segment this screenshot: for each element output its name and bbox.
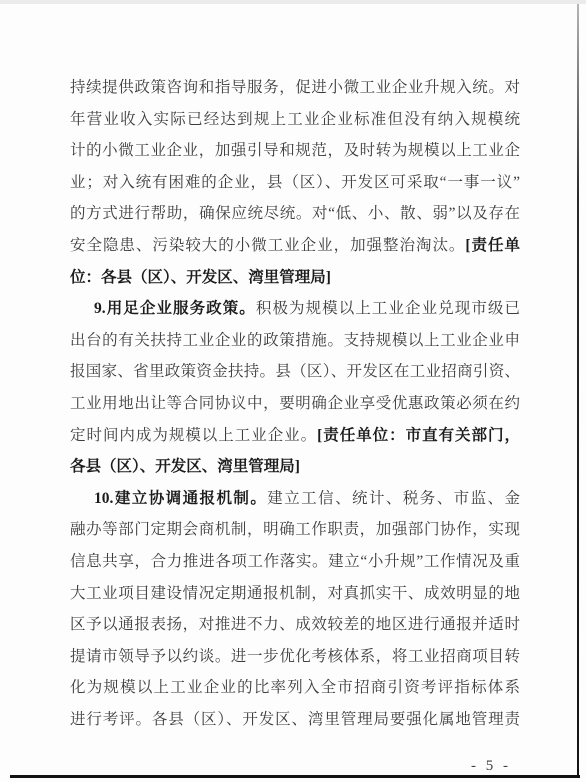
text-segment: 年营业收入实际已经达到规上工业企业标准但没有纳入规模统 bbox=[70, 111, 520, 128]
scan-right-edge-line bbox=[577, 4, 579, 776]
text-line: 计的小微工业企业，加强引导和规范，及时转为规模以上工业企 bbox=[70, 135, 520, 167]
text-line: 的方式进行帮助，确保应统尽统。对“低、小、散、弱”以及存在 bbox=[70, 198, 520, 230]
document-lines: 持续提供政策咨询和指导服务，促进小微工业企业升规入统。对年营业收入实际已经达到规… bbox=[70, 72, 520, 735]
text-line: 各县（区）、开发区、湾里管理局] bbox=[70, 451, 520, 483]
text-segment: 积极为规模以上工业企业兑现市级已 bbox=[256, 300, 520, 317]
text-segment: 化为规模以上工业企业的比率列入全市招商引资考评指标体系 bbox=[70, 679, 520, 696]
text-line: 报国家、省里政策资金扶持。县（区）、开发区在工业招商引资、 bbox=[70, 356, 520, 388]
text-line: 化为规模以上工业企业的比率列入全市招商引资考评指标体系 bbox=[70, 672, 520, 704]
bold-text-segment: 各县（区）、开发区、湾里管理局] bbox=[70, 458, 300, 475]
text-line: 融办等部门定期会商机制，明确工作职责，加强部门协作，实现 bbox=[70, 514, 520, 546]
text-segment: 区予以通报表扬，对推进不力、成效较差的地区进行通报并适时 bbox=[70, 616, 520, 633]
text-line: 安全隐患、污染较大的小微工业企业，加强整治淘汰。[责任单 bbox=[70, 230, 520, 262]
text-line: 工业用地出让等合同协议中，要明确企业享受优惠政策必须在约 bbox=[70, 388, 520, 420]
text-segment: 持续提供政策咨询和指导服务，促进小微工业企业升规入统。对 bbox=[70, 79, 520, 96]
text-line: 信息共享，合力推进各项工作落实。建立“小升规”工作情况及重 bbox=[70, 546, 520, 578]
text-segment: 安全隐患、污染较大的小微工业企业，加强整治淘汰。 bbox=[70, 237, 465, 254]
text-line: 提请市领导予以约谈。进一步优化考核体系，将工业招商项目转 bbox=[70, 641, 520, 673]
bold-text-segment: 10.建立协调通报机制。 bbox=[94, 490, 267, 507]
text-segment: 报国家、省里政策资金扶持。县（区）、开发区在工业招商引资、 bbox=[70, 363, 520, 380]
text-segment: 的方式进行帮助，确保应统尽统。对“低、小、散、弱”以及存在 bbox=[70, 205, 520, 222]
text-segment: 工业用地出让等合同协议中，要明确企业享受优惠政策必须在约 bbox=[70, 395, 520, 412]
text-line: 进行考评。各县（区）、开发区、湾里管理局要强化属地管理责 bbox=[70, 704, 520, 736]
document-body: 持续提供政策咨询和指导服务，促进小微工业企业升规入统。对年营业收入实际已经达到规… bbox=[70, 72, 520, 735]
text-segment: 计的小微工业企业，加强引导和规范，及时转为规模以上工业企 bbox=[70, 142, 520, 159]
text-line: 区予以通报表扬，对推进不力、成效较差的地区进行通报并适时 bbox=[70, 609, 520, 641]
bold-text-segment: [责任单 bbox=[465, 237, 520, 254]
text-segment: 进行考评。各县（区）、开发区、湾里管理局要强化属地管理责 bbox=[70, 711, 520, 728]
text-line: 定时间内成为规模以上工业企业。[责任单位：市直有关部门， bbox=[70, 420, 520, 452]
text-line: 大工业项目建设情况定期通报机制，对真抓实干、成效明显的地 bbox=[70, 578, 520, 610]
text-segment: 出台的有关扶持工业企业的政策措施。支持规模以上工业企业申 bbox=[70, 332, 520, 349]
text-line: 持续提供政策咨询和指导服务，促进小微工业企业升规入统。对 bbox=[70, 72, 520, 104]
text-line: 出台的有关扶持工业企业的政策措施。支持规模以上工业企业申 bbox=[70, 325, 520, 357]
text-segment: 大工业项目建设情况定期通报机制，对真抓实干、成效明显的地 bbox=[70, 585, 520, 602]
text-segment: 提请市领导予以约谈。进一步优化考核体系，将工业招商项目转 bbox=[70, 648, 520, 665]
text-segment: 信息共享，合力推进各项工作落实。建立“小升规”工作情况及重 bbox=[70, 553, 520, 570]
bold-text-segment: 位：各县（区）、开发区、湾里管理局] bbox=[70, 269, 331, 286]
text-segment: 建立工信、统计、税务、市监、金 bbox=[267, 490, 520, 507]
text-segment: 业；对入统有困难的企业，县（区）、开发区可采取“一事一议” bbox=[70, 174, 520, 191]
text-line: 年营业收入实际已经达到规上工业企业标准但没有纳入规模统 bbox=[70, 104, 520, 136]
text-line: 9.用足企业服务政策。积极为规模以上工业企业兑现市级已 bbox=[70, 293, 520, 325]
text-line: 位：各县（区）、开发区、湾里管理局] bbox=[70, 262, 520, 294]
bold-text-segment: [责任单位：市直有关部门， bbox=[317, 427, 520, 444]
page-number: - 5 - bbox=[441, 756, 541, 776]
text-segment: 定时间内成为规模以上工业企业。 bbox=[70, 427, 317, 444]
scan-top-edge-strip bbox=[0, 0, 586, 4]
text-line: 10.建立协调通报机制。建立工信、统计、税务、市监、金 bbox=[70, 483, 520, 515]
text-segment: 融办等部门定期会商机制，明确工作职责，加强部门协作，实现 bbox=[70, 521, 520, 538]
text-line: 业；对入统有困难的企业，县（区）、开发区可采取“一事一议” bbox=[70, 167, 520, 199]
bold-text-segment: 9.用足企业服务政策。 bbox=[94, 300, 256, 317]
